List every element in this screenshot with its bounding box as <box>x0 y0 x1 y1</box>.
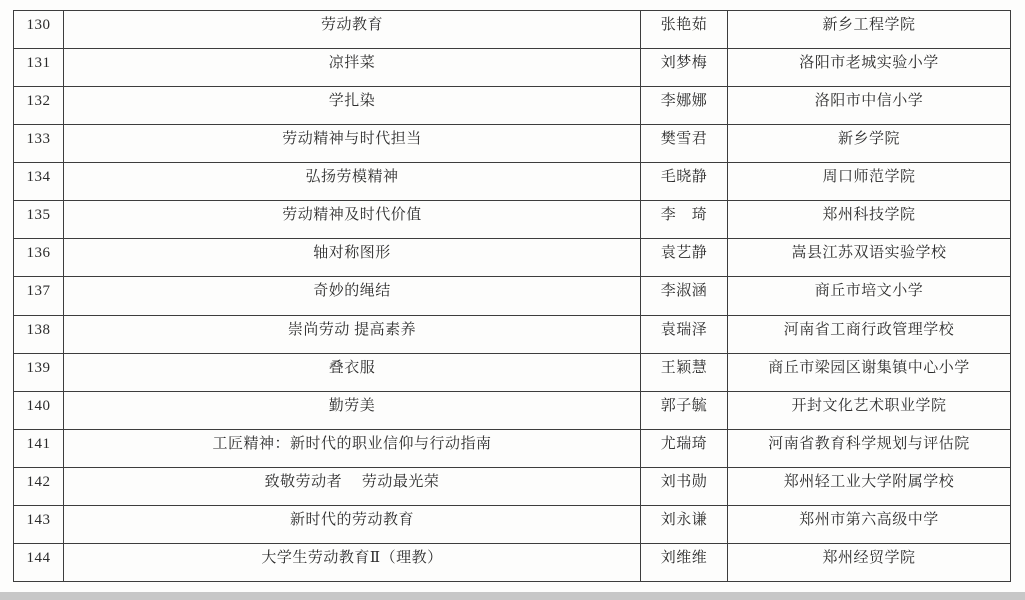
institution-cell: 新乡工程学院 <box>728 11 1011 49</box>
institution-cell: 洛阳市老城实验小学 <box>728 49 1011 87</box>
person-name-cell: 刘书勋 <box>641 467 728 505</box>
table-row: 143 新时代的劳动教育 刘永谦 郑州市第六高级中学 <box>14 505 1011 543</box>
table-row: 137 奇妙的绳结 李淑涵 商丘市培文小学 <box>14 277 1011 315</box>
row-number-cell: 135 <box>14 201 64 239</box>
table-row: 133 劳动精神与时代担当 樊雪君 新乡学院 <box>14 125 1011 163</box>
institution-cell: 郑州轻工业大学附属学校 <box>728 467 1011 505</box>
table-row: 141 工匠精神：新时代的职业信仰与行动指南 尤瑞琦 河南省教育科学规划与评估院 <box>14 429 1011 467</box>
work-title-cell: 学扎染 <box>64 87 641 125</box>
person-name-cell: 王颖慧 <box>641 353 728 391</box>
table-row: 131 凉拌菜 刘梦梅 洛阳市老城实验小学 <box>14 49 1011 87</box>
table-row: 144 大学生劳动教育Ⅱ（理教） 刘维维 郑州经贸学院 <box>14 543 1011 581</box>
work-title-cell: 凉拌菜 <box>64 49 641 87</box>
institution-cell: 嵩县江苏双语实验学校 <box>728 239 1011 277</box>
work-title-cell: 新时代的劳动教育 <box>64 505 641 543</box>
person-name-cell: 刘梦梅 <box>641 49 728 87</box>
scanned-document-page: 130 劳动教育 张艳茹 新乡工程学院 131 凉拌菜 刘梦梅 洛阳市老城实验小… <box>0 0 1025 600</box>
institution-cell: 商丘市培文小学 <box>728 277 1011 315</box>
work-title-cell: 奇妙的绳结 <box>64 277 641 315</box>
row-number-cell: 141 <box>14 429 64 467</box>
row-number-cell: 130 <box>14 11 64 49</box>
table-row: 139 叠衣服 王颖慧 商丘市梁园区谢集镇中心小学 <box>14 353 1011 391</box>
person-name-cell: 李 琦 <box>641 201 728 239</box>
institution-cell: 周口师范学院 <box>728 163 1011 201</box>
institution-cell: 郑州市第六高级中学 <box>728 505 1011 543</box>
row-number-cell: 142 <box>14 467 64 505</box>
institution-cell: 洛阳市中信小学 <box>728 87 1011 125</box>
person-name-cell: 樊雪君 <box>641 125 728 163</box>
table-row: 136 轴对称图形 袁艺静 嵩县江苏双语实验学校 <box>14 239 1011 277</box>
row-number-cell: 136 <box>14 239 64 277</box>
institution-cell: 郑州经贸学院 <box>728 543 1011 581</box>
person-name-cell: 张艳茹 <box>641 11 728 49</box>
work-title-cell: 大学生劳动教育Ⅱ（理教） <box>64 543 641 581</box>
institution-cell: 新乡学院 <box>728 125 1011 163</box>
table-row: 130 劳动教育 张艳茹 新乡工程学院 <box>14 11 1011 49</box>
work-title-cell: 劳动精神及时代价值 <box>64 201 641 239</box>
row-number-cell: 137 <box>14 277 64 315</box>
work-title-cell: 致敬劳动者 劳动最光荣 <box>64 467 641 505</box>
work-title-cell: 叠衣服 <box>64 353 641 391</box>
person-name-cell: 毛晓静 <box>641 163 728 201</box>
person-name-cell: 袁瑞泽 <box>641 315 728 353</box>
row-number-cell: 133 <box>14 125 64 163</box>
work-title-cell: 崇尚劳动 提高素养 <box>64 315 641 353</box>
row-number-cell: 132 <box>14 87 64 125</box>
person-name-cell: 李淑涵 <box>641 277 728 315</box>
work-title-cell: 勤劳美 <box>64 391 641 429</box>
person-name-cell: 刘维维 <box>641 543 728 581</box>
work-title-cell: 劳动精神与时代担当 <box>64 125 641 163</box>
table-row: 138 崇尚劳动 提高素养 袁瑞泽 河南省工商行政管理学校 <box>14 315 1011 353</box>
institution-cell: 商丘市梁园区谢集镇中心小学 <box>728 353 1011 391</box>
institution-cell: 河南省工商行政管理学校 <box>728 315 1011 353</box>
person-name-cell: 尤瑞琦 <box>641 429 728 467</box>
table-row: 135 劳动精神及时代价值 李 琦 郑州科技学院 <box>14 201 1011 239</box>
person-name-cell: 袁艺静 <box>641 239 728 277</box>
row-number-cell: 143 <box>14 505 64 543</box>
work-title-cell: 劳动教育 <box>64 11 641 49</box>
row-number-cell: 144 <box>14 543 64 581</box>
table-row: 140 勤劳美 郭子毓 开封文化艺术职业学院 <box>14 391 1011 429</box>
person-name-cell: 李娜娜 <box>641 87 728 125</box>
institution-cell: 郑州科技学院 <box>728 201 1011 239</box>
person-name-cell: 郭子毓 <box>641 391 728 429</box>
row-number-cell: 138 <box>14 315 64 353</box>
row-number-cell: 139 <box>14 353 64 391</box>
work-title-cell: 轴对称图形 <box>64 239 641 277</box>
row-number-cell: 140 <box>14 391 64 429</box>
row-number-cell: 131 <box>14 49 64 87</box>
person-name-cell: 刘永谦 <box>641 505 728 543</box>
institution-cell: 开封文化艺术职业学院 <box>728 391 1011 429</box>
table-row: 134 弘扬劳模精神 毛晓静 周口师范学院 <box>14 163 1011 201</box>
table-row: 132 学扎染 李娜娜 洛阳市中信小学 <box>14 87 1011 125</box>
work-title-cell: 弘扬劳模精神 <box>64 163 641 201</box>
row-number-cell: 134 <box>14 163 64 201</box>
work-title-cell: 工匠精神：新时代的职业信仰与行动指南 <box>64 429 641 467</box>
institution-cell: 河南省教育科学规划与评估院 <box>728 429 1011 467</box>
scan-edge-band <box>0 592 1025 600</box>
award-table: 130 劳动教育 张艳茹 新乡工程学院 131 凉拌菜 刘梦梅 洛阳市老城实验小… <box>13 10 1011 582</box>
table-row: 142 致敬劳动者 劳动最光荣 刘书勋 郑州轻工业大学附属学校 <box>14 467 1011 505</box>
